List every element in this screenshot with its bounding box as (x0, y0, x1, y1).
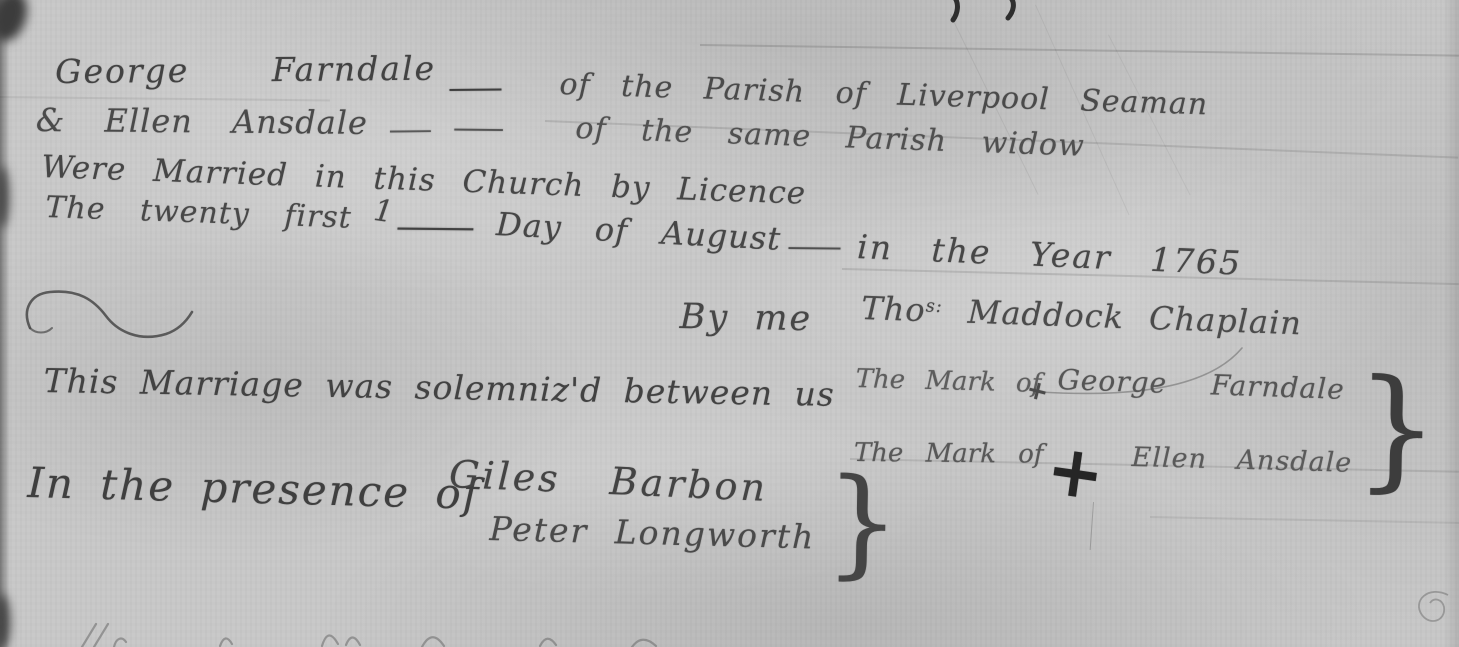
cutoff-strokes-bottom (70, 620, 710, 647)
officiant-superscript: s: (925, 297, 943, 318)
date-day-month: Day of August (495, 208, 782, 255)
officiant-abbr: Tho (861, 289, 927, 329)
scan-edge-left (0, 0, 10, 647)
date-prefix: The twenty first (45, 193, 352, 234)
ink-flourish (20, 282, 200, 352)
officiant-rest: Maddock Chaplain (942, 292, 1303, 343)
pen-dash: — (452, 114, 506, 142)
groom-name: George Farndale (55, 52, 436, 88)
by-me-label: By me (679, 300, 812, 337)
ruled-line (700, 44, 1459, 56)
officiant-name: Thos: Maddock Chaplain (861, 292, 1303, 339)
witness-1: Giles Barbon (448, 455, 769, 507)
presence-label: In the presence of (27, 462, 481, 516)
date-numeral: 1 (372, 196, 395, 228)
groom-mark-label: The Mark of (855, 366, 1041, 397)
pen-underline: — (393, 210, 478, 243)
solemnized-line: This Marriage was solemniz'd between us (43, 364, 835, 411)
bride-mark-cross: + (1042, 434, 1108, 513)
year-phrase: in the Year 1765 (857, 230, 1243, 280)
groom-description: of the Parish of Liverpool Seaman (559, 70, 1208, 120)
edge-blotch (0, 0, 33, 46)
cutoff-strokes-top (945, 0, 1035, 24)
bride-name: & Ellen Ansdale (36, 104, 368, 139)
scan-edge-right (1443, 0, 1459, 647)
bride-description: of the same Parish widow (575, 114, 1085, 162)
witness-2: Peter Longworth (489, 512, 816, 554)
pen-dash: — (447, 73, 505, 104)
marks-brace: } (1354, 362, 1440, 495)
ruled-line (1150, 516, 1459, 523)
pen-dash: — (786, 232, 844, 263)
marriage-register-scan: George Farndale — of the Parish of Liver… (0, 0, 1459, 647)
witness-brace: } (824, 462, 901, 581)
pen-dash: — (388, 116, 434, 144)
bride-mark-name: Ellen Ansdale (1131, 444, 1352, 477)
